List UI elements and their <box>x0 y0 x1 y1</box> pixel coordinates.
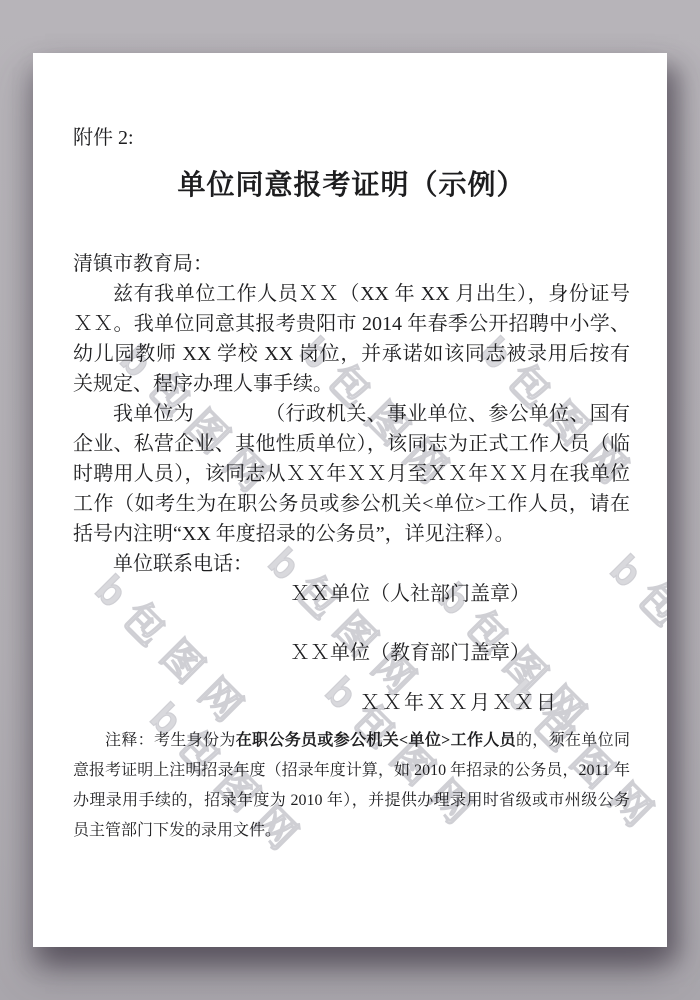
attachment-label: 附件 2: <box>73 123 630 153</box>
date-line: ＸＸ年ＸＸ月ＸＸ日 <box>73 688 630 718</box>
body-paragraph-2: 我单位为 （行政机关、事业单位、参公单位、国有企业、私营企业、其他性质单位），该… <box>73 399 630 549</box>
document-page: b包图网b包图网b包图网b包图网b包图网b包图网b包图网b包图网b包图网b包图网… <box>33 53 667 947</box>
desktop-background: b包图网b包图网b包图网b包图网b包图网b包图网b包图网b包图网b包图网b包图网… <box>0 0 700 1000</box>
note-paragraph: 注释：考生身份为在职公务员或参公机关<单位>工作人员的，须在单位同意报考证明上注… <box>73 726 630 846</box>
phone-label: 单位联系电话： <box>73 549 630 579</box>
body-paragraph-1: 兹有我单位工作人员ＸＸ（XX 年 XX 月出生），身份证号ＸＸ。我单位同意其报考… <box>73 279 630 399</box>
document-title: 单位同意报考证明（示例） <box>73 169 630 203</box>
signature-hr-department: ＸＸ单位（人社部门盖章） <box>73 579 630 609</box>
signature-education-department: ＸＸ单位（教育部门盖章） <box>73 638 630 668</box>
document-content: 附件 2: 单位同意报考证明（示例） 清镇市教育局： 兹有我单位工作人员ＸＸ（X… <box>33 53 667 846</box>
note-bold-segment: 在职公务员或参公机关<单位>工作人员 <box>236 732 516 749</box>
salutation: 清镇市教育局： <box>73 249 630 279</box>
note-prefix: 注释：考生身份为 <box>105 732 236 749</box>
